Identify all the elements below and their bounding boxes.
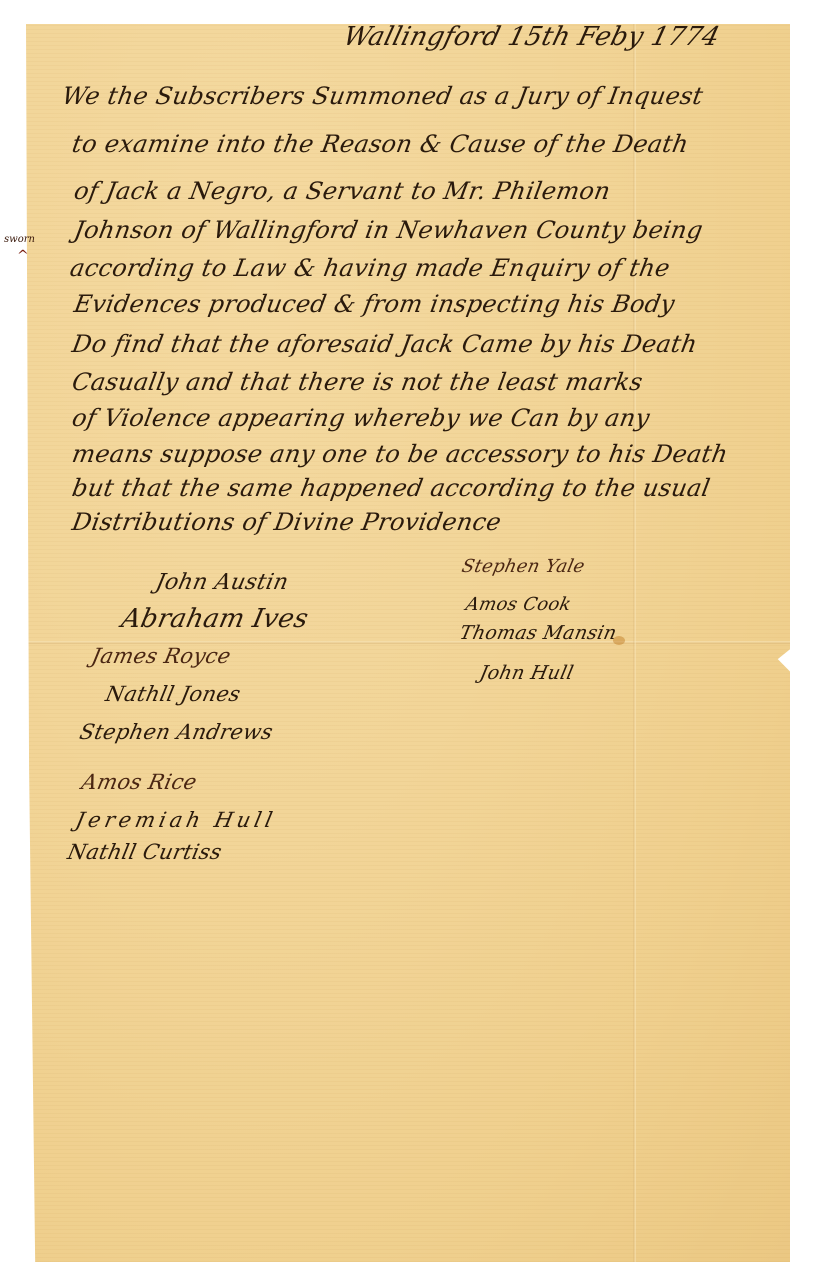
signature: Abraham Ives [119,604,311,634]
body-line: Casually and that there is not the least… [70,368,645,396]
signature: Thomas Mansin [458,622,619,644]
signature: John Austin [153,570,290,595]
body-line: means suppose any one to be accessory to… [70,440,730,468]
body-line: but that the same happened according to … [70,474,712,502]
body-line: Do find that the aforesaid Jack Came by … [70,330,699,358]
vertical-fold-crease [633,24,636,1262]
body-line: to examine into the Reason & Cause of th… [70,130,691,158]
body-line: We the Subscribers Summoned as a Jury of… [60,82,705,110]
signature: Stephen Yale [460,556,587,577]
dateline: Wallingford 15th Feby 1774 [340,22,723,52]
body-line: Evidences produced & from inspecting his… [72,290,677,318]
body-line: of Violence appearing whereby we Can by … [70,404,652,432]
signature: Amos Rice [79,770,199,794]
signature: Amos Cook [464,594,573,615]
signature: John Hull [478,662,576,684]
signature: Jeremiah Hull [73,808,278,832]
signature: Stephen Andrews [77,720,275,744]
body-line: of Jack a Negro, a Servant to Mr. Philem… [72,177,613,205]
signature: James Royce [89,644,233,668]
body-line: Distributions of Divine Providence [70,508,504,536]
manuscript-page [26,24,790,1262]
signature: Nathll Jones [103,682,242,706]
insertion-caret-mark: ^ [17,248,29,264]
margin-note: sworn [4,234,35,245]
signature: Nathll Curtiss [65,840,224,864]
body-line: according to Law & having made Enquiry o… [68,254,672,282]
body-line: Johnson of Wallingford in Newhaven Count… [72,216,705,244]
